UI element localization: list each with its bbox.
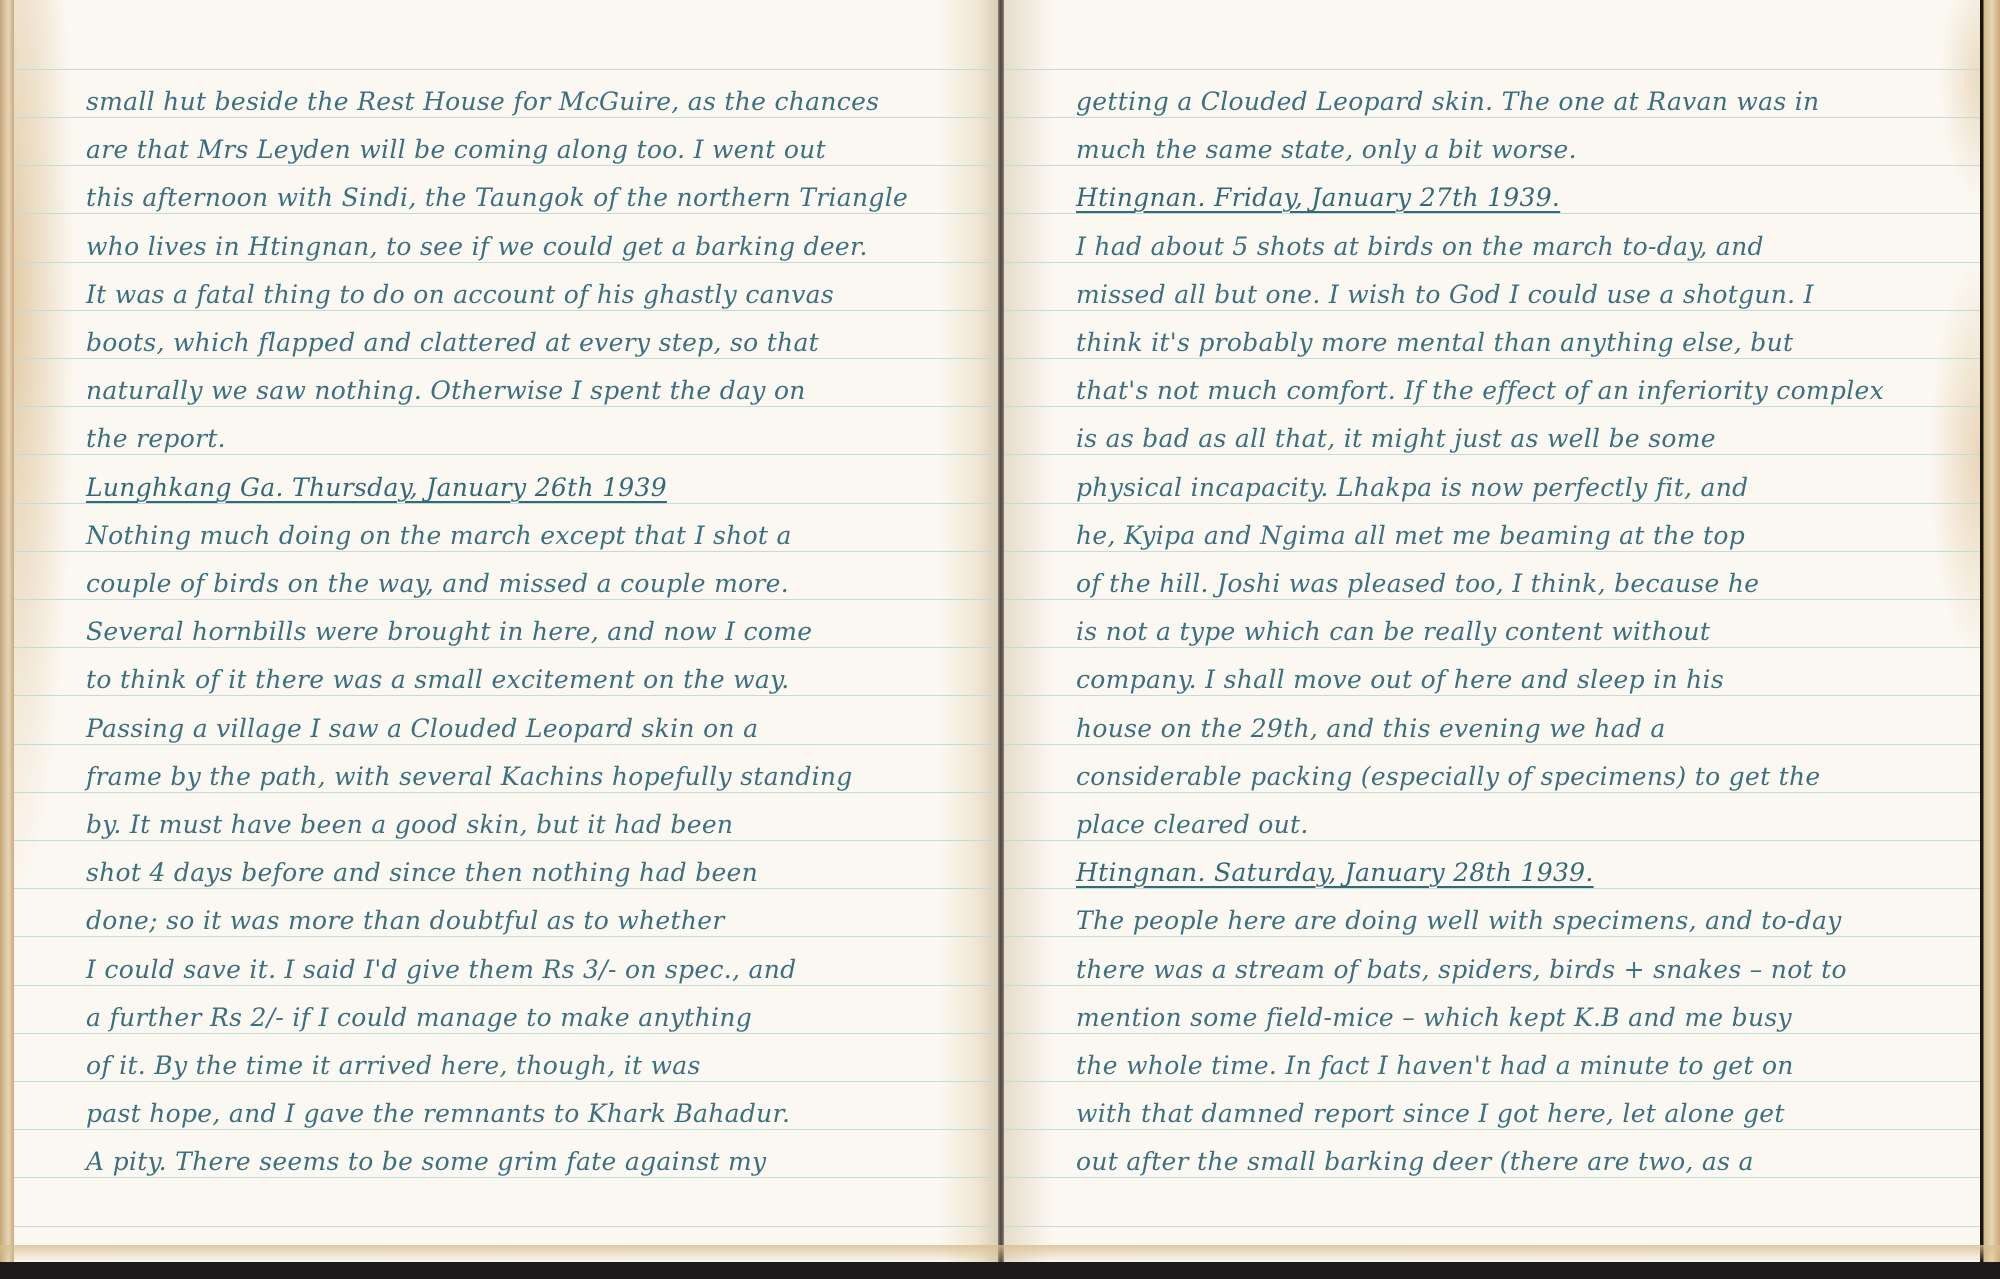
left-page: small hut beside the Rest House for McGu…: [14, 0, 998, 1262]
ruled-line: [1004, 551, 1980, 552]
ruled-line: [14, 358, 998, 359]
diary-text-line: is as bad as all that, it might just as …: [1076, 424, 1716, 453]
ruled-line: [14, 1226, 998, 1227]
ruled-line: [1004, 1226, 1980, 1227]
diary-text-line: this afternoon with Sindi, the Taungok o…: [86, 183, 908, 212]
ruled-line: [1004, 695, 1980, 696]
ruled-line: [1004, 454, 1980, 455]
diary-entry-heading: Htingnan. Friday, January 27th 1939.: [1076, 183, 1560, 212]
ruled-line: [14, 1129, 998, 1130]
ruled-line: [14, 310, 998, 311]
ruled-line: [1004, 262, 1980, 263]
diary-text-line: shot 4 days before and since then nothin…: [86, 858, 758, 887]
ruled-line: [14, 1033, 998, 1034]
ruled-line: [1004, 310, 1980, 311]
ruled-line: [1004, 744, 1980, 745]
diary-text-line: that's not much comfort. If the effect o…: [1076, 376, 1884, 405]
ruled-line: [14, 165, 998, 166]
diary-text-line: out after the small barking deer (there …: [1076, 1147, 1754, 1176]
open-notebook: small hut beside the Rest House for McGu…: [0, 0, 2000, 1262]
diary-text-line: mention some field-mice – which kept K.B…: [1076, 1003, 1792, 1032]
diary-text-line: Passing a village I saw a Clouded Leopar…: [86, 714, 758, 743]
ruled-line: [1004, 406, 1980, 407]
ruled-line: [1004, 1129, 1980, 1130]
ruled-line: [1004, 117, 1980, 118]
ruled-line: [1004, 69, 1980, 70]
diary-text-line: I had about 5 shots at birds on the marc…: [1076, 232, 1764, 261]
ruled-line: [14, 888, 998, 889]
diary-text-line: much the same state, only a bit worse.: [1076, 135, 1577, 164]
ruled-line: [1004, 1081, 1980, 1082]
ruled-line: [1004, 503, 1980, 504]
ruled-line: [1004, 840, 1980, 841]
ruled-line: [14, 69, 998, 70]
ruled-line: [14, 454, 998, 455]
diary-text-line: done; so it was more than doubtful as to…: [86, 906, 725, 935]
ruled-line: [1004, 792, 1980, 793]
diary-text-line: Nothing much doing on the march except t…: [86, 521, 792, 550]
ruled-line: [14, 213, 998, 214]
diary-text-line: with that damned report since I got here…: [1076, 1099, 1785, 1128]
diary-text-line: by. It must have been a good skin, but i…: [86, 810, 733, 839]
diary-text-line: The people here are doing well with spec…: [1076, 906, 1842, 935]
diary-text-line: considerable packing (especially of spec…: [1076, 762, 1821, 791]
diary-text-line: small hut beside the Rest House for McGu…: [86, 87, 879, 116]
diary-text-line: frame by the path, with several Kachins …: [86, 762, 853, 791]
ruled-line: [1004, 1033, 1980, 1034]
diary-text-line: company. I shall move out of here and sl…: [1076, 665, 1724, 694]
ruled-line: [14, 840, 998, 841]
diary-text-line: couple of birds on the way, and missed a…: [86, 569, 789, 598]
ruled-line: [1004, 599, 1980, 600]
ruled-line: [14, 1081, 998, 1082]
diary-entry-heading: Lunghkang Ga. Thursday, January 26th 193…: [86, 473, 667, 502]
diary-text-line: naturally we saw nothing. Otherwise I sp…: [86, 376, 806, 405]
diary-text-line: the whole time. In fact I haven't had a …: [1076, 1051, 1794, 1080]
ruled-line: [14, 1177, 998, 1178]
diary-text-line: of it. By the time it arrived here, thou…: [86, 1051, 701, 1080]
ruled-line: [1004, 1177, 1980, 1178]
diary-text-line: he, Kyipa and Ngima all met me beaming a…: [1076, 521, 1745, 550]
diary-text-line: a further Rs 2/- if I could manage to ma…: [86, 1003, 752, 1032]
diary-text-line: house on the 29th, and this evening we h…: [1076, 714, 1666, 743]
diary-text-line: I could save it. I said I'd give them Rs…: [86, 955, 796, 984]
diary-text-line: is not a type which can be really conten…: [1076, 617, 1710, 646]
diary-text-line: getting a Clouded Leopard skin. The one …: [1076, 87, 1819, 116]
ruled-line: [14, 117, 998, 118]
diary-text-line: to think of it there was a small excitem…: [86, 665, 789, 694]
left-page-edge: [0, 0, 14, 1262]
ruled-line: [14, 647, 998, 648]
diary-text-line: past hope, and I gave the remnants to Kh…: [86, 1099, 790, 1128]
diary-text-line: the report.: [86, 424, 226, 453]
ruled-line: [14, 792, 998, 793]
ruled-line: [14, 406, 998, 407]
ruled-line: [1004, 165, 1980, 166]
ruled-line: [1004, 985, 1980, 986]
ruled-line: [1004, 647, 1980, 648]
diary-text-line: Several hornbills were brought in here, …: [86, 617, 812, 646]
diary-text-line: of the hill. Joshi was pleased too, I th…: [1076, 569, 1759, 598]
diary-text-line: It was a fatal thing to do on account of…: [86, 280, 834, 309]
ruled-line: [1004, 358, 1980, 359]
ruled-line: [14, 695, 998, 696]
diary-text-line: there was a stream of bats, spiders, bir…: [1076, 955, 1847, 984]
ruled-line: [14, 503, 998, 504]
ruled-line: [1004, 936, 1980, 937]
ruled-line: [14, 262, 998, 263]
diary-text-line: are that Mrs Leyden will be coming along…: [86, 135, 826, 164]
ruled-line: [14, 936, 998, 937]
right-page-edge: [1980, 0, 2000, 1262]
diary-text-line: who lives in Htingnan, to see if we coul…: [86, 232, 868, 261]
right-page: getting a Clouded Leopard skin. The one …: [1004, 0, 1980, 1262]
ruled-line: [14, 551, 998, 552]
diary-text-line: place cleared out.: [1076, 810, 1309, 839]
ruled-line: [1004, 213, 1980, 214]
diary-entry-heading: Htingnan. Saturday, January 28th 1939.: [1076, 858, 1594, 887]
ruled-line: [14, 985, 998, 986]
diary-text-line: think it's probably more mental than any…: [1076, 328, 1793, 357]
diary-text-line: missed all but one. I wish to God I coul…: [1076, 280, 1814, 309]
diary-text-line: physical incapacity. Lhakpa is now perfe…: [1076, 473, 1748, 502]
bottom-page-edge: [0, 1245, 2000, 1262]
ruled-line: [1004, 888, 1980, 889]
ruled-line: [14, 599, 998, 600]
diary-text-line: boots, which flapped and clattered at ev…: [86, 328, 819, 357]
ruled-line: [14, 744, 998, 745]
diary-text-line: A pity. There seems to be some grim fate…: [86, 1147, 766, 1176]
